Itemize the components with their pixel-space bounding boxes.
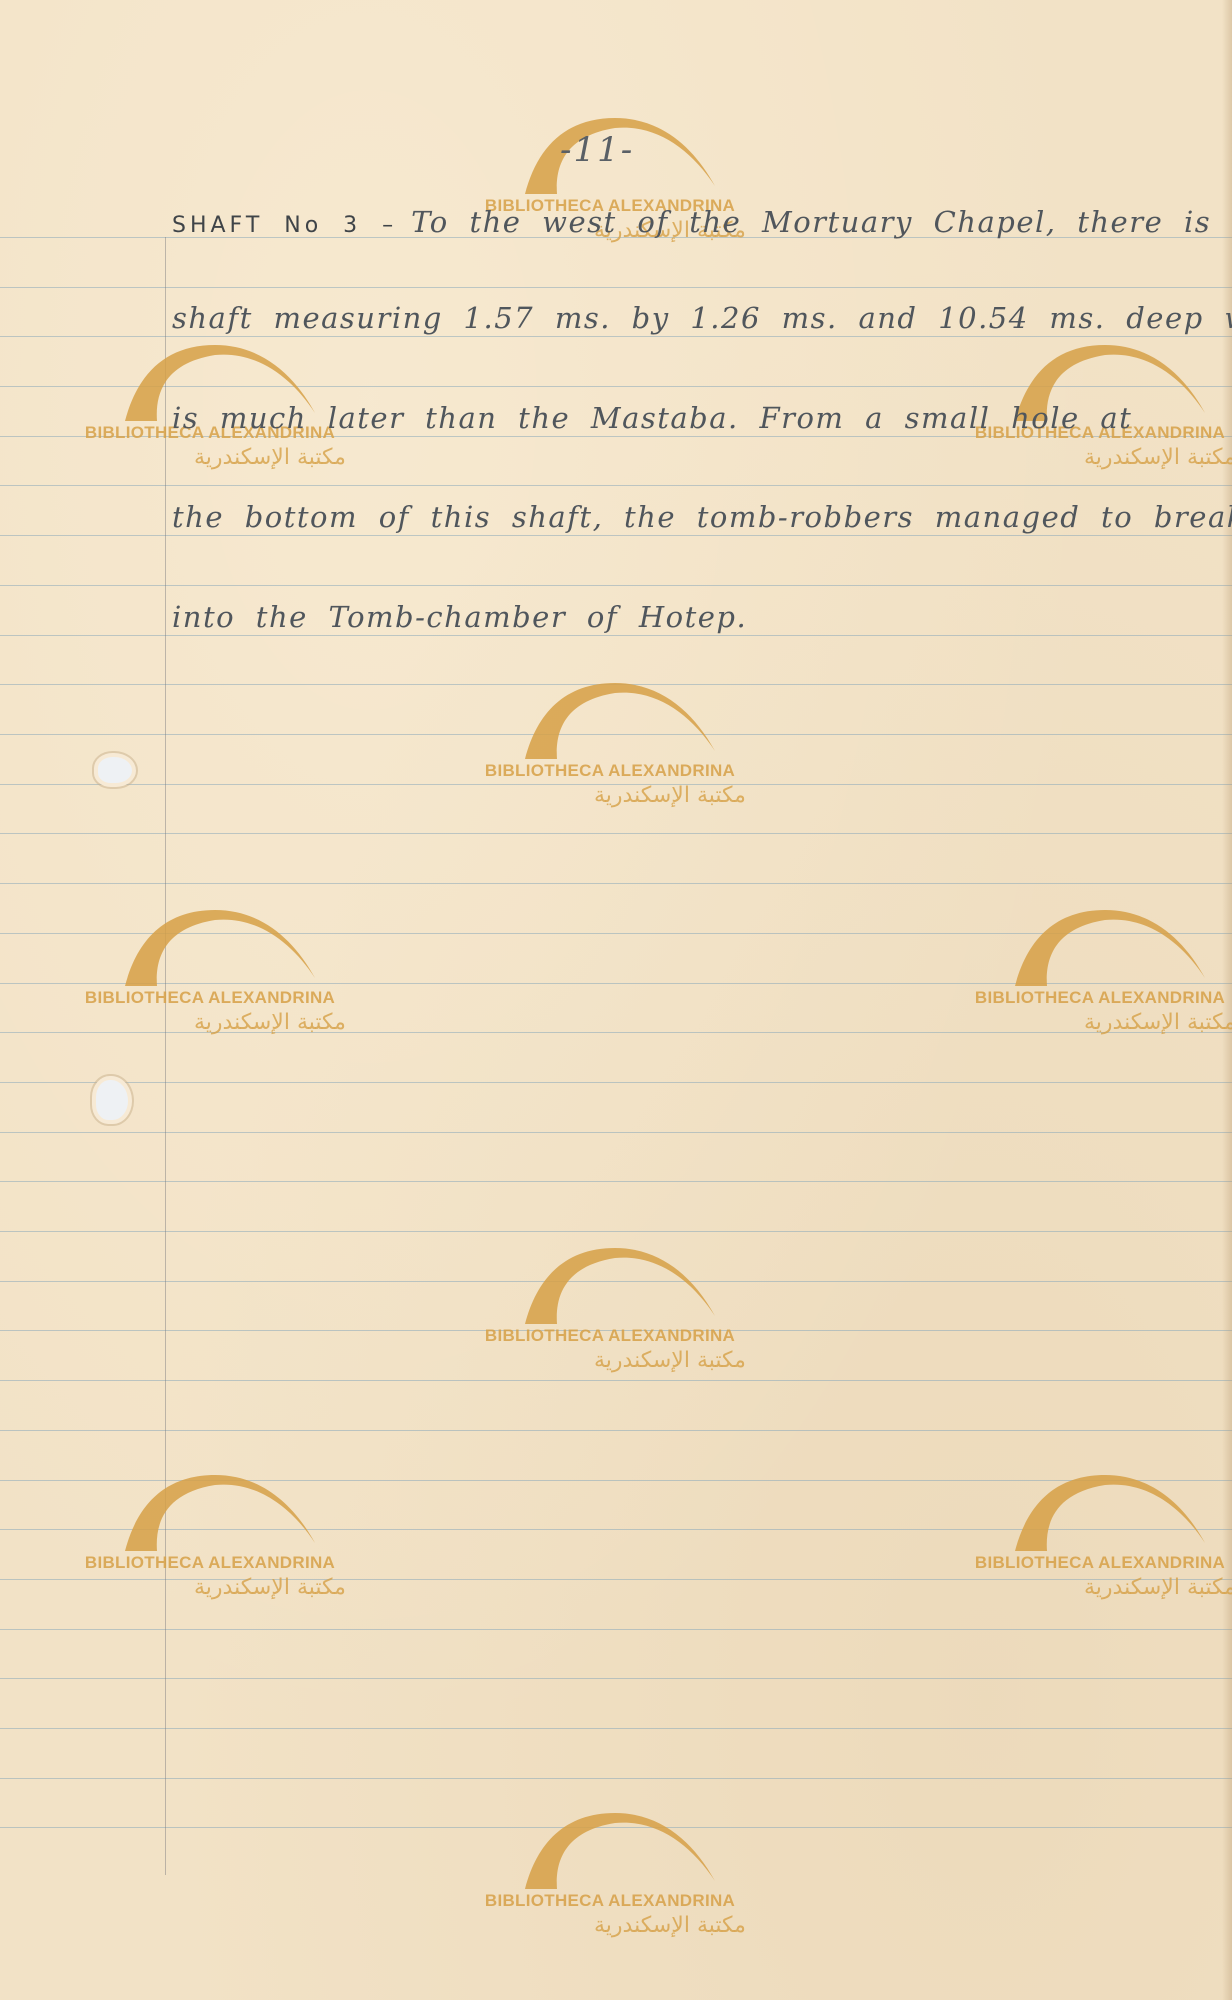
section-heading: SHAFT No 3 –: [172, 213, 397, 238]
library-watermark: BIBLIOTHECA ALEXANDRINAمكتبة الإسكندرية: [955, 910, 1232, 1045]
ruled-line: [0, 436, 1232, 437]
margin-line: [165, 237, 166, 1875]
watermark-text-en: BIBLIOTHECA ALEXANDRINA: [465, 761, 755, 781]
ruled-line: [0, 386, 1232, 387]
text-line-3: is much later than the Mastaba. From a s…: [172, 401, 1132, 435]
watermark-text-en: BIBLIOTHECA ALEXANDRINA: [65, 988, 355, 1008]
watermark-text-ar: مكتبة الإسكندرية: [585, 783, 755, 808]
text-line-2: shaft measuring 1.57 ms. by 1.26 ms. and…: [172, 301, 1232, 335]
watermark-text-ar: مكتبة الإسكندرية: [1075, 445, 1232, 470]
ruled-line: [0, 1579, 1232, 1580]
ruled-line: [0, 1529, 1232, 1530]
arc-logo-icon: [955, 1475, 1232, 1555]
ruled-line: [0, 933, 1232, 934]
arc-logo-icon: [465, 683, 755, 763]
ruled-line: [0, 585, 1232, 586]
ruled-line: [0, 684, 1232, 685]
ruled-line: [0, 287, 1232, 288]
ruled-line: [0, 1480, 1232, 1481]
library-watermark: BIBLIOTHECA ALEXANDRINAمكتبة الإسكندرية: [65, 910, 355, 1045]
library-watermark: BIBLIOTHECA ALEXANDRINAمكتبة الإسكندرية: [465, 1248, 755, 1383]
watermark-text-en: BIBLIOTHECA ALEXANDRINA: [65, 1553, 355, 1573]
ruled-line: [0, 336, 1232, 337]
ruled-line: [0, 1728, 1232, 1729]
line-text: To the west of the Mortuary Chapel, ther…: [411, 205, 1232, 239]
ruled-line: [0, 983, 1232, 984]
ruled-line: [0, 1778, 1232, 1779]
watermark-text-en: BIBLIOTHECA ALEXANDRINA: [465, 1326, 755, 1346]
ruled-line: [0, 485, 1232, 486]
arc-logo-icon: [465, 1813, 755, 1893]
punch-hole: [96, 1080, 128, 1120]
arc-logo-icon: [465, 1248, 755, 1328]
watermark-text-en: BIBLIOTHECA ALEXANDRINA: [955, 988, 1232, 1008]
punch-hole: [98, 757, 132, 783]
ruled-line: [0, 1181, 1232, 1182]
ruled-line: [0, 1330, 1232, 1331]
watermark-text-ar: مكتبة الإسكندرية: [185, 445, 355, 470]
watermark-text-en: BIBLIOTHECA ALEXANDRINA: [465, 1891, 755, 1911]
ruled-line: [0, 1032, 1232, 1033]
ruled-line: [0, 833, 1232, 834]
page-edge-shadow: [1222, 0, 1232, 2000]
ruled-line: [0, 1678, 1232, 1679]
library-watermark: BIBLIOTHECA ALEXANDRINAمكتبة الإسكندرية: [65, 1475, 355, 1610]
arc-logo-icon: [955, 910, 1232, 990]
ruled-line: [0, 1629, 1232, 1630]
ruled-line: [0, 1380, 1232, 1381]
ruled-line: [0, 1082, 1232, 1083]
ruled-line: [0, 784, 1232, 785]
notebook-page: BIBLIOTHECA ALEXANDRINAمكتبة الإسكندريةB…: [0, 0, 1232, 2000]
text-line-5: into the Tomb-chamber of Hotep.: [172, 600, 747, 634]
page-number: -11-: [560, 130, 634, 170]
text-line-1: SHAFT No 3 –To the west of the Mortuary …: [172, 205, 1232, 239]
ruled-line: [0, 1132, 1232, 1133]
ruled-line: [0, 635, 1232, 636]
ruled-line: [0, 883, 1232, 884]
watermark-text-en: BIBLIOTHECA ALEXANDRINA: [955, 1553, 1232, 1573]
ruled-line: [0, 535, 1232, 536]
arc-logo-icon: [65, 910, 355, 990]
text-line-4: the bottom of this shaft, the tomb-robbe…: [172, 500, 1232, 534]
ruled-line: [0, 1281, 1232, 1282]
library-watermark: BIBLIOTHECA ALEXANDRINAمكتبة الإسكندرية: [465, 683, 755, 818]
watermark-text-ar: مكتبة الإسكندرية: [585, 1913, 755, 1938]
watermark-text-ar: مكتبة الإسكندرية: [585, 1348, 755, 1373]
ruled-line: [0, 1231, 1232, 1232]
arc-logo-icon: [65, 1475, 355, 1555]
library-watermark: BIBLIOTHECA ALEXANDRINAمكتبة الإسكندرية: [465, 1813, 755, 1948]
library-watermark: BIBLIOTHECA ALEXANDRINAمكتبة الإسكندرية: [955, 1475, 1232, 1610]
ruled-line: [0, 734, 1232, 735]
ruled-line: [0, 1430, 1232, 1431]
ruled-line: [0, 1827, 1232, 1828]
